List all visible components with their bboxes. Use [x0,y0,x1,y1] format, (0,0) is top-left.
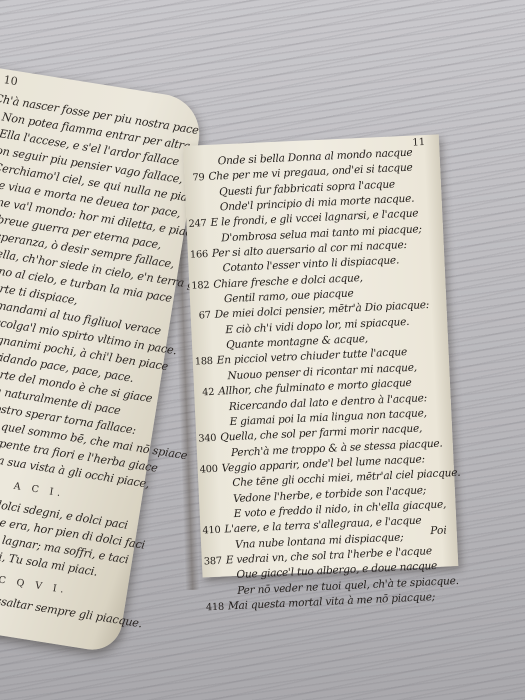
right-page-verses: Onde si bella Donna al mondo nacque 79Ch… [207,145,454,615]
left-page-number: 10 [3,73,19,88]
wood-surface: 10 338Ch'à nascer fosse per piu nostra p… [0,0,525,700]
right-page: 11 Onde si bella Donna al mondo nacque 7… [183,134,458,577]
left-page: 10 338Ch'à nascer fosse per piu nostra p… [0,62,205,654]
left-page-verses: 338Ch'à nascer fosse per piu nostra pace… [0,90,203,630]
catchword: Poi [430,524,447,537]
